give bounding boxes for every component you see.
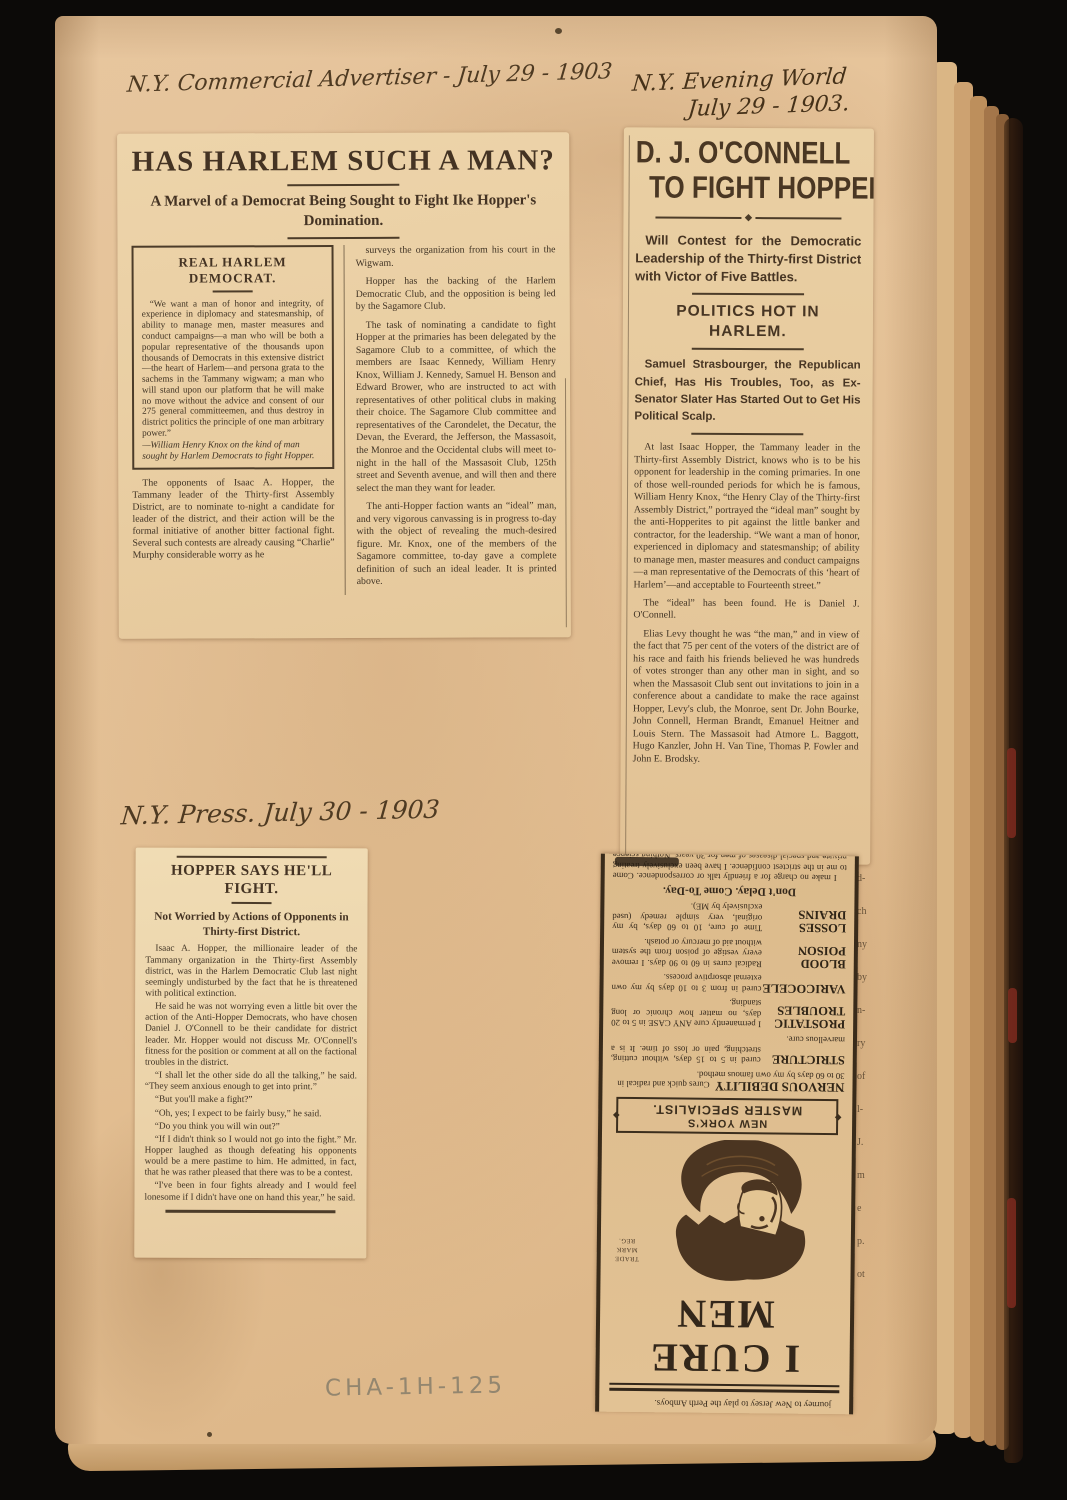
portrait-block: TRADE MARK REG. — [608, 1137, 844, 1291]
box-quote: “We want a man of honor and integrity, o… — [142, 298, 324, 439]
ad-entry: BLOOD POISON Radical cures in 60 to 90 d… — [612, 936, 846, 970]
rule — [213, 290, 253, 292]
fore-edge-stain — [1008, 988, 1017, 1043]
book-cover-edge — [1004, 118, 1023, 1463]
deck: Samuel Strasbourger, the Republican Chie… — [634, 357, 860, 427]
clipping-subheadline: Not Worried by Actions of Opponents in T… — [147, 910, 355, 940]
clipping-headline: D. J. O'CONNELL TO FIGHT HOPPER — [636, 135, 826, 205]
right-column: surveys the organization from his court … — [344, 244, 557, 595]
specialist-line: NEW YORK'S — [620, 1116, 834, 1130]
clipping-columns: REAL HARLEM DEMOCRAT. “We want a man of … — [132, 244, 557, 595]
diamond-ornament: ◆ — [613, 1111, 619, 1120]
rule — [165, 1209, 335, 1213]
scrapbook-photo: N.Y. Commercial Advertiser - July 29 - 1… — [0, 0, 1067, 1500]
adjacent-column-letter-fragments: d- ch ny by n- ry of l- J. m e p. ot — [857, 862, 877, 1291]
ad-entry-label: PROSTATIC TROUBLES — [765, 1004, 845, 1031]
box-title: REAL HARLEM DEMOCRAT. — [142, 254, 324, 286]
stain-dot — [207, 1432, 212, 1437]
dont-delay-line: Don't Delay. Come To-Day. — [612, 884, 846, 898]
ad-entry: LOSSES DRAINS Time of cure, 10 to 60 day… — [612, 900, 846, 934]
body-paragraph: The anti-Hopper faction wants an “ideal”… — [356, 500, 556, 588]
body-paragraph: Isaac A. Hopper, the millionaire leader … — [145, 944, 357, 1001]
rule — [655, 217, 741, 219]
clipping-subheadline: A Marvel of a Democrat Being Sought to F… — [139, 191, 547, 231]
clipping-has-harlem-such-a-man: HAS HARLEM SUCH A MAN? A Marvel of a Dem… — [117, 132, 571, 639]
ad-entry-label: LOSSES DRAINS — [766, 907, 846, 934]
body-paragraph: Hopper has the backing of the Harlem Dem… — [356, 275, 556, 313]
ad-entry-text: I permanently cure ANY CASE in 5 to 20 d… — [611, 998, 761, 1029]
ad-entry-label: STRICTURE — [765, 1053, 845, 1067]
left-column: REAL HARLEM DEMOCRAT. “We want a man of … — [132, 245, 345, 596]
master-specialist-box: ◆ NEW YORK'S MASTER SPECIALIST. ◆ — [616, 1097, 838, 1135]
double-rule — [609, 1383, 839, 1393]
ad-content-rotated-180: journey to New Jersey to play the Perth … — [595, 854, 859, 1415]
rule — [691, 433, 803, 436]
annotation-ny-commercial-advertiser: N.Y. Commercial Advertiser - July 29 - 1… — [126, 59, 613, 98]
rule — [756, 217, 842, 219]
trade-mark-label: TRADE MARK REG. — [615, 1236, 639, 1264]
rule — [287, 184, 399, 186]
real-harlem-democrat-box: REAL HARLEM DEMOCRAT. “We want a man of … — [132, 245, 335, 470]
headline-line: D. J. O'CONNELL — [636, 134, 851, 170]
body-paragraph: “I shall let the other side do all the t… — [145, 1071, 357, 1094]
annotation-line: July 29 - 1903. — [687, 91, 851, 122]
specialist-line: MASTER SPECIALIST. — [620, 1102, 834, 1118]
box-attribution: —William Henry Knox on the kind of man s… — [142, 440, 324, 463]
body-paragraph: The opponents of Isaac A. Hopper, the Ta… — [132, 477, 334, 561]
clipping-oconnell-to-fight-hopper: D. J. O'CONNELL TO FIGHT HOPPER ◆ Will C… — [620, 127, 874, 864]
rule — [232, 902, 272, 904]
body-paragraph: The task of nominating a candidate to fi… — [356, 319, 557, 495]
body-paragraph: “If I didn't think so I would not go int… — [145, 1134, 357, 1179]
ornamental-divider: ◆ — [655, 212, 841, 224]
rule — [692, 348, 804, 351]
annotation-ny-press: N.Y. Press. July 30 - 1903 — [120, 795, 441, 831]
clipping-hopper-says-hell-fight: HOPPER SAYS HE'LL FIGHT. Not Worried by … — [134, 848, 367, 1259]
column-rule — [625, 135, 630, 855]
fore-edge-stain — [1007, 1198, 1016, 1308]
body-paragraph: “But you'll make a fight?” — [145, 1095, 357, 1107]
rule — [287, 237, 399, 239]
ad-entry-label: NERVOUS DEBILITY — [715, 1079, 845, 1094]
adjacent-column-fragment: journey to New Jersey to play the Perth … — [607, 1397, 841, 1410]
body-paragraph: “Do you think you will win out?” — [145, 1121, 357, 1133]
body-paragraph: The “ideal” has been found. He is Daniel… — [633, 597, 859, 623]
catalog-number-pencil: CHA-1H-125 — [325, 1372, 506, 1401]
ad-entry: PROSTATIC TROUBLES I permanently cure AN… — [611, 997, 845, 1031]
diamond-ornament: ◆ — [741, 212, 756, 223]
ink-smudge — [615, 857, 679, 867]
subhead: POLITICS HOT IN HARLEM. — [635, 302, 861, 342]
deck: Will Contest for the Democratic Leadersh… — [635, 231, 861, 287]
ad-entry: STRICTURE cured in 5 to 15 days, without… — [611, 1032, 845, 1066]
rule — [177, 856, 327, 859]
body-paragraph: surveys the organization from his court … — [356, 244, 556, 270]
ad-entry-text: Time of cure, 10 to 60 days, by my origi… — [612, 902, 762, 934]
bearded-man-portrait — [656, 1139, 826, 1291]
headline-line: TO FIGHT HOPPER — [649, 170, 826, 206]
diamond-ornament: ◆ — [835, 1113, 841, 1122]
ad-entry-text: Radical cures in 60 to 90 days. I remove… — [612, 937, 762, 969]
body-paragraph: He said he was not worrying even a littl… — [145, 1002, 357, 1070]
body-paragraph: “Oh, yes; I expect to be fairly busy,” h… — [145, 1108, 357, 1120]
annotation-ny-evening-world: N.Y. Evening World July 29 - 1903. — [629, 64, 853, 124]
clipping-headline: HOPPER SAYS HE'LL FIGHT. — [146, 862, 358, 899]
fore-edge-stain — [1007, 748, 1016, 838]
rule — [692, 293, 804, 296]
clipping-i-cure-men-ad: journey to New Jersey to play the Perth … — [598, 855, 856, 1413]
ad-entry-label: BLOOD POISON — [766, 943, 846, 970]
clipping-headline: HAS HARLEM SUCH A MAN? — [131, 144, 555, 178]
body-paragraph: At last Isaac Hopper, the Tammany leader… — [633, 442, 860, 593]
ad-entry-label: VARICOCELE — [765, 981, 845, 995]
body-paragraph: Elias Levy thought he was “the man,” and… — [633, 628, 860, 766]
stain-dot — [555, 28, 562, 34]
ad-entry-text: cured in from 3 to 10 days by my own ext… — [611, 973, 761, 995]
scrapbook-page: N.Y. Commercial Advertiser - July 29 - 1… — [55, 16, 937, 1444]
ad-entry: NERVOUS DEBILITY Cures quick and radical… — [610, 1068, 844, 1095]
body-paragraph: “I've been in four fights already and I … — [144, 1181, 356, 1204]
ad-headline: I CURE MEN — [607, 1291, 842, 1381]
ad-entry: VARICOCELE cured in from 3 to 10 days by… — [611, 972, 845, 996]
column-rule — [565, 378, 567, 627]
